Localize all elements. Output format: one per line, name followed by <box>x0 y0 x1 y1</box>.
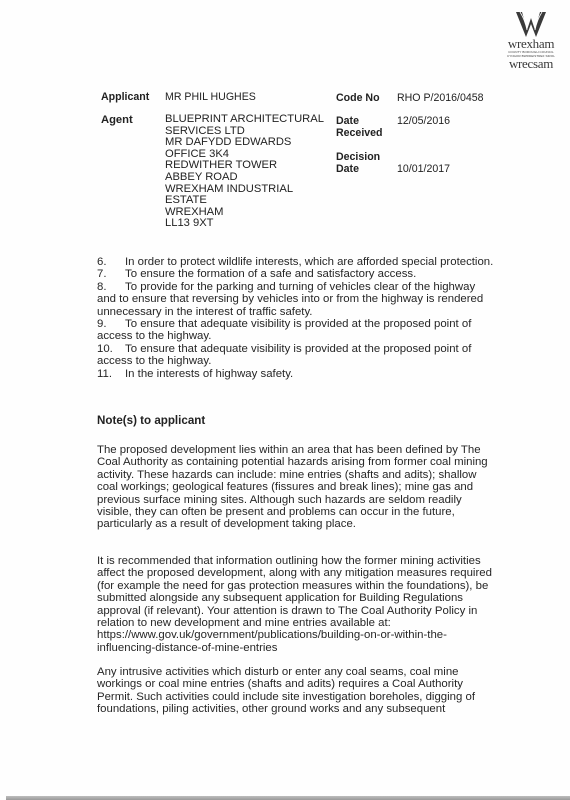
condition-number: 9. <box>97 318 125 330</box>
wrexham-w-icon <box>514 10 548 38</box>
agent-address-line: ABBEY ROAD <box>165 172 324 184</box>
condition-text: To provide for the parking and turning o… <box>125 281 475 293</box>
condition-text: To ensure the formation of a safe and sa… <box>125 268 416 280</box>
condition-number: 8. <box>97 281 125 293</box>
note-paragraph-1: The proposed development lies within an … <box>97 444 497 531</box>
applicant-label: Applicant <box>101 92 149 104</box>
note-paragraph-2: It is recommended that information outli… <box>97 555 497 654</box>
decision-date-label: Decision Date <box>336 152 380 175</box>
agent-address-line: LL13 9XT <box>165 218 324 230</box>
condition-text-continued: access to the highway. <box>97 330 211 342</box>
condition-number: 10. <box>97 343 125 355</box>
condition-number: 11. <box>97 368 125 380</box>
logo-wordmark-welsh: wrecsam <box>505 58 557 70</box>
agent-address-line: ESTATE <box>165 195 324 207</box>
notes-heading: Note(s) to applicant <box>97 414 205 427</box>
code-no-value: RHO P/2016/0458 <box>397 93 484 105</box>
code-no-label: Code No <box>336 93 380 105</box>
agent-label: Agent <box>101 115 133 127</box>
condition-reason-item: 11.In the interests of highway safety. <box>97 368 497 380</box>
condition-number: 6. <box>97 256 125 268</box>
condition-reason-item: 10.To ensure that adequate visibility is… <box>97 343 497 368</box>
condition-reason-item: 7.To ensure the formation of a safe and … <box>97 268 497 280</box>
condition-text: In the interests of highway safety. <box>125 368 293 380</box>
date-received-value: 12/05/2016 <box>397 116 450 128</box>
condition-text-continued: protection. <box>437 256 493 268</box>
condition-text-continued: access to the highway. <box>97 355 211 367</box>
page-bottom-edge <box>6 796 570 800</box>
condition-text-continued: and to ensure that reversing by vehicles… <box>97 293 483 317</box>
decision-date-label-line2: Date <box>336 164 380 176</box>
note-paragraph-3: Any intrusive activities which disturb o… <box>97 666 497 716</box>
condition-reason-item: 9.To ensure that adequate visibility is … <box>97 318 497 343</box>
condition-reason-item: 8.To provide for the parking and turning… <box>97 281 497 318</box>
date-received-label-line1: Date <box>336 116 383 128</box>
condition-reason-item: 6.In order to protect wildlife interests… <box>97 256 497 268</box>
agent-address-line: BLUEPRINT ARCHITECTURAL <box>165 114 324 126</box>
council-logo: wrexham COUNTY BOROUGH COUNCIL CYNGOR BW… <box>505 10 557 70</box>
applicant-value: MR PHIL HUGHES <box>165 92 256 104</box>
date-received-label: Date Received <box>336 116 383 139</box>
decision-date-label-line1: Decision <box>336 152 380 164</box>
conditions-reasons-list: 6.In order to protect wildlife interests… <box>97 256 497 380</box>
agent-address: BLUEPRINT ARCHITECTURALSERVICES LTDMR DA… <box>165 114 324 230</box>
condition-text: To ensure that adequate visibility is pr… <box>125 318 471 330</box>
document-page: wrexham COUNTY BOROUGH COUNCIL CYNGOR BW… <box>0 0 570 796</box>
date-received-label-line2: Received <box>336 128 383 140</box>
condition-text: To ensure that adequate visibility is pr… <box>125 343 471 355</box>
condition-text: In order to protect wildlife interests, … <box>125 256 437 268</box>
logo-wordmark-english: wrexham <box>505 38 557 50</box>
condition-number: 7. <box>97 268 125 280</box>
decision-date-value: 10/01/2017 <box>397 164 450 176</box>
